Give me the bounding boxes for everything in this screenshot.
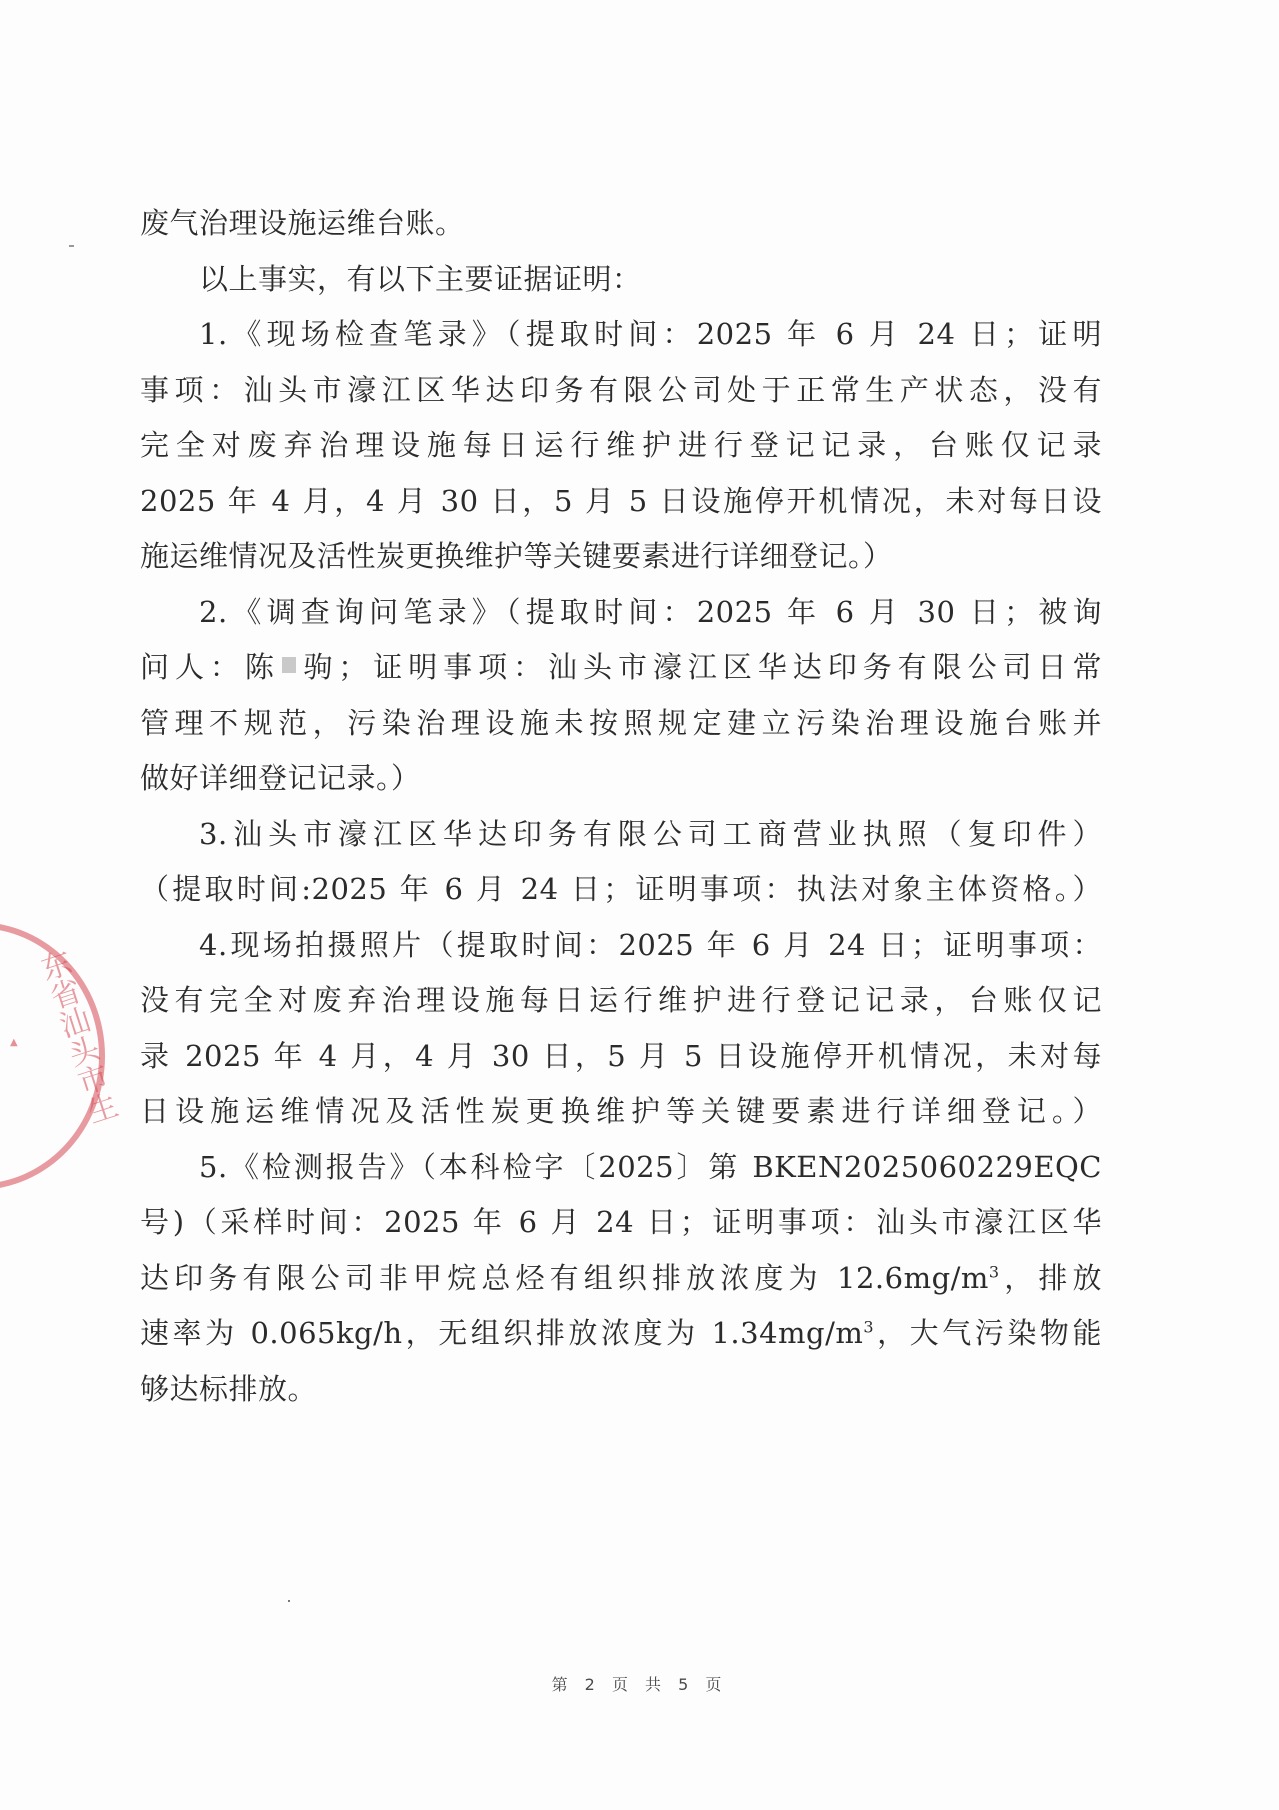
superscript: 3 <box>989 1262 1000 1281</box>
text-line: 施运维情况及活性炭更换维护等关键要素进行详细登记。） <box>140 529 1102 585</box>
superscript: 3 <box>863 1317 874 1336</box>
seal-star-icon: ▲ <box>10 1037 18 1048</box>
scan-artifact <box>288 1600 290 1602</box>
text-line: 问人：陈驹；证明事项：汕头市濠江区华达印务有限公司日常 <box>140 640 1102 696</box>
text-segment: 速率为 0.065kg/h，无组织排放浓度为 1.34mg/m <box>140 1316 863 1350</box>
text-line: 够达标排放。 <box>140 1362 1102 1418</box>
evidence-intro: 以上事实，有以下主要证据证明： <box>140 252 1102 308</box>
text-line: 管理不规范，污染治理设施未按照规定建立污染治理设施台账并 <box>140 696 1102 752</box>
text-line: 2025 年 4 月，4 月 30 日，5 月 5 日设施停开机情况，未对每日设 <box>140 474 1102 530</box>
text-line: 废气治理设施运维台账。 <box>140 196 1102 252</box>
scan-artifact <box>69 245 74 247</box>
text-line: 没有完全对废弃治理设施每日运行维护进行登记记录，台账仅记 <box>140 973 1102 1029</box>
text-line: （提取时间:2025 年 6 月 24 日；证明事项：执法对象主体资格。） <box>140 862 1102 918</box>
evidence-item-4: 4.现场拍摄照片（提取时间：2025 年 6 月 24 日；证明事项： <box>140 918 1102 974</box>
redaction-block <box>282 657 296 673</box>
text-line: 录 2025 年 4 月，4 月 30 日，5 月 5 日设施停开机情况，未对每 <box>140 1029 1102 1085</box>
text-line: 做好详细登记记录。） <box>140 751 1102 807</box>
text-line: 日设施运维情况及活性炭更换维护等关键要素进行详细登记。） <box>140 1084 1102 1140</box>
evidence-item-2: 2.《调查询问笔录》（提取时间：2025 年 6 月 30 日；被询 <box>140 585 1102 641</box>
text-line: 达印务有限公司非甲烷总烃有组织排放浓度为 12.6mg/m3，排放 <box>140 1251 1102 1307</box>
text-segment: 问人：陈 <box>140 650 280 684</box>
page-indicator: 第 2 页 共 5 页 <box>0 1672 1279 1695</box>
text-line: 号)（采样时间：2025 年 6 月 24 日；证明事项：汕头市濠江区华 <box>140 1195 1102 1251</box>
document-page: 东省汕头市生 ▲ 废气治理设施运维台账。 以上事实，有以下主要证据证明： 1.《… <box>0 0 1279 1810</box>
text-line: 速率为 0.065kg/h，无组织排放浓度为 1.34mg/m3，大气污染物能 <box>140 1306 1102 1362</box>
document-body: 废气治理设施运维台账。 以上事实，有以下主要证据证明： 1.《现场检查笔录》（提… <box>140 196 1102 1417</box>
text-segment: 驹；证明事项：汕头市濠江区华达印务有限公司日常 <box>298 650 1102 684</box>
text-line: 完全对废弃治理设施每日运行维护进行登记记录，台账仅记录 <box>140 418 1102 474</box>
text-segment: ，大气污染物能 <box>874 1316 1102 1350</box>
text-segment: 达印务有限公司非甲烷总烃有组织排放浓度为 12.6mg/m <box>140 1261 989 1295</box>
evidence-item-3: 3.汕头市濠江区华达印务有限公司工商营业执照（复印件） <box>140 807 1102 863</box>
text-segment: ，排放 <box>1000 1261 1102 1295</box>
text-line: 事项：汕头市濠江区华达印务有限公司处于正常生产状态，没有 <box>140 363 1102 419</box>
evidence-item-1: 1.《现场检查笔录》（提取时间：2025 年 6 月 24 日；证明 <box>140 307 1102 363</box>
evidence-item-5: 5.《检测报告》（本科检字〔2025〕第 BKEN2025060229EQC <box>140 1140 1102 1196</box>
